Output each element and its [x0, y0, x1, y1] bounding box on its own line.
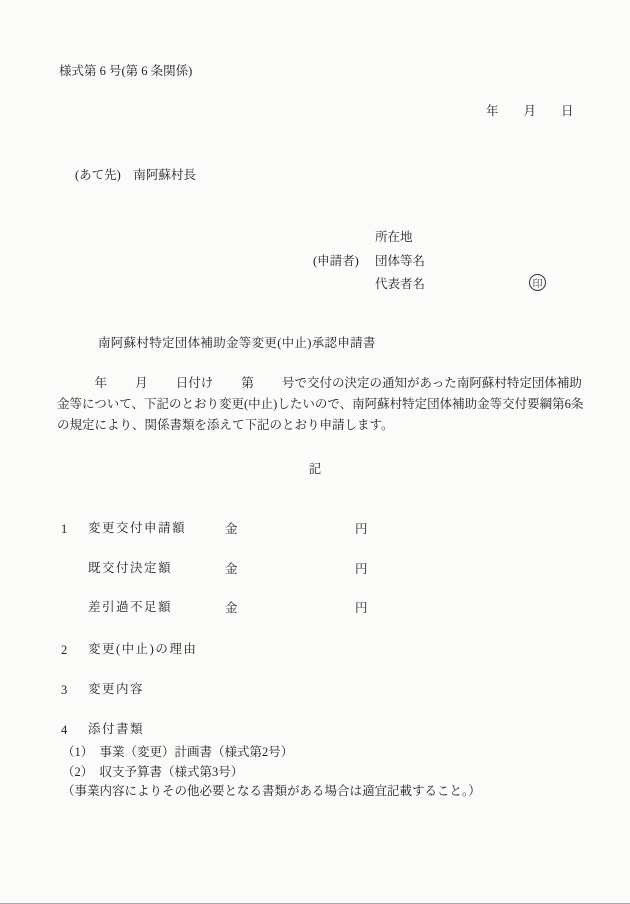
attachment-item-2: （2） 収支予算書（様式第3号） [62, 765, 243, 781]
item-1-row-3-amount-prefix: 金 [225, 601, 238, 617]
representative-name-label: 代表者名 [375, 277, 425, 293]
date-line: 年 月 日 [486, 104, 574, 120]
attachment-note: （事業内容によりその他必要となる書類がある場合は適宜記載すること。） [62, 784, 481, 800]
item-1-row-2-amount-prefix: 金 [225, 562, 238, 578]
body-paragraph-line-2: 金等について、下記のとおり変更(中止)したいので、南阿蘇村特定団体補助金等交付要… [57, 397, 583, 413]
document-page: 様式第 6 号(第 6 条関係) 年 月 日 (あて先) 南阿蘇村長 所在地 (… [0, 0, 630, 904]
item-2-number: 2 [61, 643, 67, 659]
body-paragraph-line-1: 年 月 日付け 第 号で交付の決定の通知があった南阿蘇村特定団体補助 [57, 376, 582, 392]
item-4-label: 添付書類 [88, 722, 144, 738]
address-label: 所在地 [375, 230, 413, 246]
seal-icon: 印 [529, 274, 546, 291]
form-number: 様式第 6 号(第 6 条関係) [59, 64, 192, 80]
item-2-label: 変更(中止)の理由 [88, 642, 197, 658]
item-1-row-2-label: 既交付決定額 [88, 561, 172, 577]
body-paragraph-line-3: の規定により、関係書類を添えて下記のとおり申請します。 [57, 418, 394, 434]
item-3-number: 3 [61, 683, 67, 699]
item-1-row-1-label: 変更交付申請額 [88, 521, 186, 537]
item-1-row-1-amount-prefix: 金 [225, 522, 238, 538]
item-1-row-1-amount-suffix: 円 [355, 522, 368, 538]
item-4-number: 4 [61, 723, 67, 739]
item-1-row-3-label: 差引過不足額 [88, 600, 172, 616]
record-heading: 記 [0, 462, 630, 478]
addressee-line: (あて先) 南阿蘇村長 [75, 168, 196, 184]
organization-name-label: 団体等名 [375, 254, 425, 270]
item-1-row-3-amount-suffix: 円 [355, 601, 368, 617]
applicant-caption: (申請者) [313, 254, 359, 270]
item-1-number: 1 [61, 522, 67, 538]
item-3-label: 変更内容 [88, 682, 144, 698]
document-title: 南阿蘇村特定団体補助金等変更(中止)承認申請書 [98, 336, 376, 352]
seal-character: 印 [533, 275, 543, 290]
item-1-row-2-amount-suffix: 円 [355, 562, 368, 578]
attachment-item-1: （1） 事業（変更）計画書（様式第2号） [62, 745, 293, 761]
